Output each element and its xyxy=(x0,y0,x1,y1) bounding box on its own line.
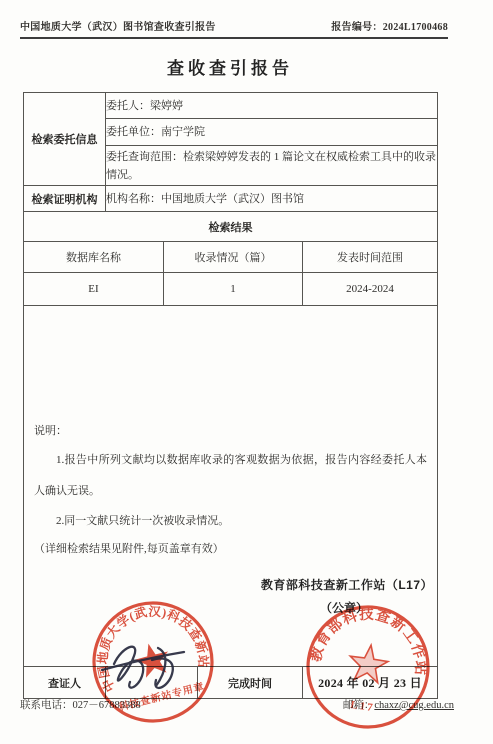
notes-cell: 说明： 1.报告中所列文献均以数据库收录的客观数据为依据，报告内容经委托人本人确… xyxy=(24,306,438,667)
results-col-database: 数据库名称 xyxy=(24,242,164,273)
report-number-label: 报告编号： xyxy=(331,22,383,33)
page-footer: 联系电话：027－67883388 邮箱：chaxz@cug.edu.cn xyxy=(20,697,454,712)
commission-section-label: 检索委托信息 xyxy=(24,93,106,186)
commission-scope: 委托查询范围：检索梁婷婷发表的 1 篇论文在权威检索工具中的收录情况。 xyxy=(106,146,438,186)
results-col-daterange: 发表时间范围 xyxy=(303,242,438,273)
result-database: EI xyxy=(24,273,164,306)
report-number: 报告编号：2024L1700468 xyxy=(331,18,448,33)
report-page: 中国地质大学（武汉）图书馆查收查引报告 报告编号：2024L1700468 查收… xyxy=(0,0,493,744)
commission-unit: 委托单位：南宁学院 xyxy=(106,119,438,146)
completion-label: 完成时间 xyxy=(198,667,303,699)
issuer-station: 教育部科技查新工作站（L17） xyxy=(261,576,433,593)
contact-email: 邮箱：chaxz@cug.edu.cn xyxy=(343,697,454,712)
email-label: 邮箱： xyxy=(343,700,375,711)
table-row: EI 1 2024-2024 xyxy=(24,273,438,306)
verifier-label: 查证人 xyxy=(24,667,106,699)
attachment-note: （详细检索结果见附件,每页盖章有效） xyxy=(34,540,427,558)
commission-client: 委托人：梁婷婷 xyxy=(106,93,438,119)
contact-phone: 联系电话：027－67883388 xyxy=(20,697,141,712)
notes-label: 说明： xyxy=(34,423,427,439)
results-header: 检索结果 xyxy=(24,212,438,242)
verifier-signature-cell xyxy=(106,667,198,699)
note-item-1: 1.报告中所列文献均以数据库收录的客观数据为依据，报告内容经委托人本人确认无误。 xyxy=(34,445,427,507)
report-table: 检索委托信息 委托人：梁婷婷 委托单位：南宁学院 委托查询范围：检索梁婷婷发表的… xyxy=(23,92,438,699)
results-col-count: 收录情况（篇） xyxy=(164,242,303,273)
issuer-seal-label: （公章） xyxy=(320,599,368,616)
page-header: 中国地质大学（武汉）图书馆查收查引报告 报告编号：2024L1700468 xyxy=(20,18,448,39)
agency-name: 机构名称：中国地质大学（武汉）图书馆 xyxy=(106,186,438,212)
header-running-title: 中国地质大学（武汉）图书馆查收查引报告 xyxy=(20,18,216,33)
page-title: 查收查引报告 xyxy=(23,54,437,79)
email-link[interactable]: chaxz@cug.edu.cn xyxy=(374,700,454,711)
result-count: 1 xyxy=(164,273,303,306)
agency-section-label: 检索证明机构 xyxy=(24,186,106,212)
result-daterange: 2024-2024 xyxy=(303,273,438,306)
report-number-value: 2024L1700468 xyxy=(383,22,448,33)
completion-date: 2024 年 02 月 23 日 xyxy=(303,667,438,699)
note-item-2: 2.同一文献只统计一次被收录情况。 xyxy=(34,507,427,535)
